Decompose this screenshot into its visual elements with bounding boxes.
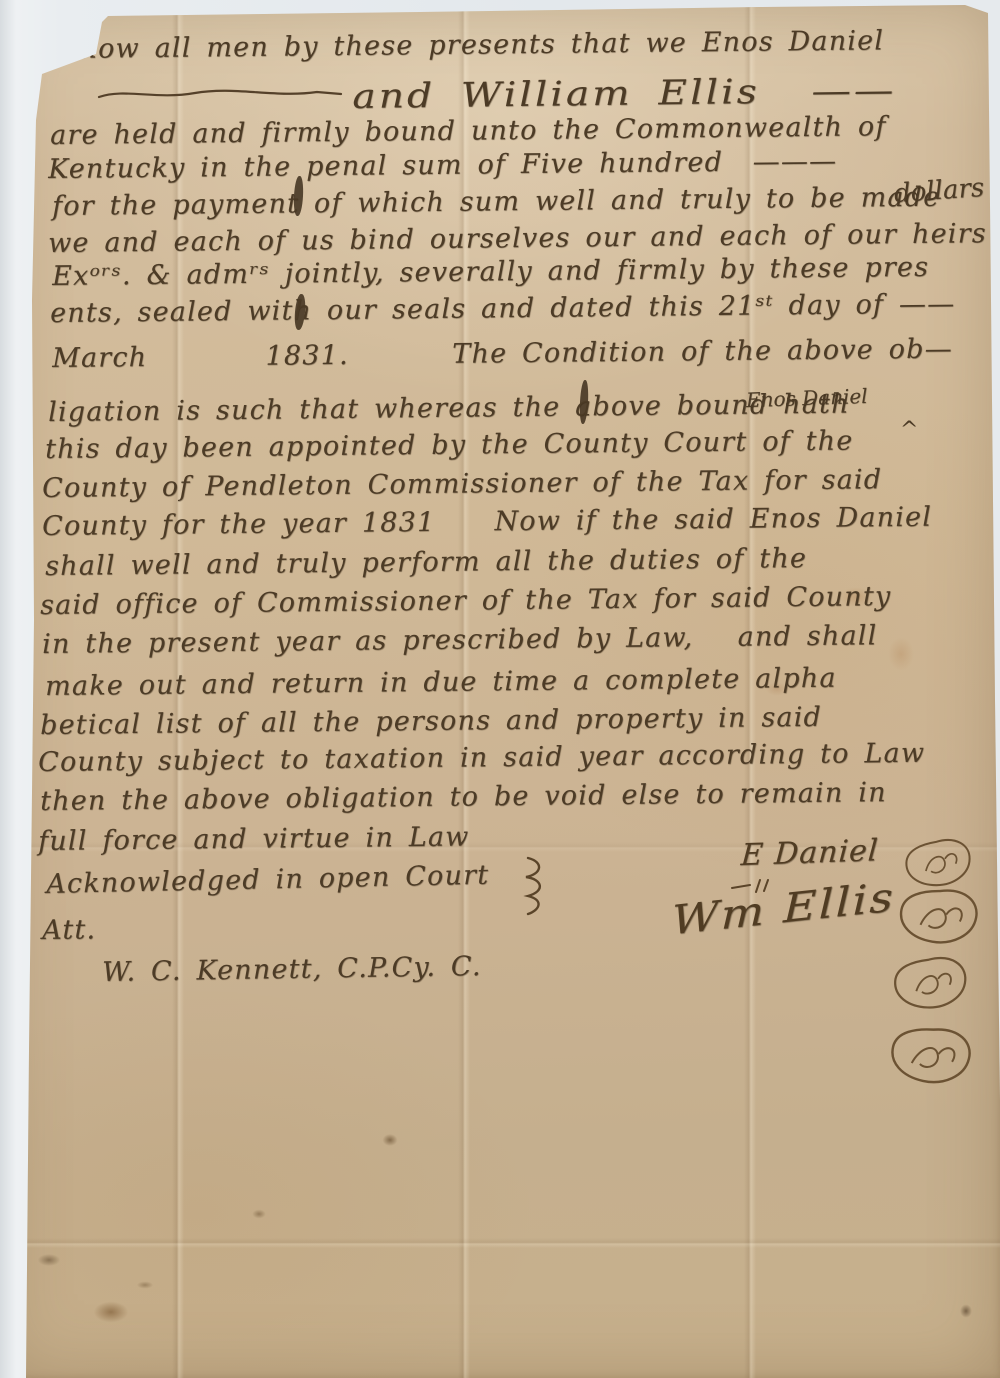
- manuscript-line: this day been appointed by the County Co…: [45, 428, 854, 463]
- seal-scribble-icon: [880, 1017, 980, 1098]
- manuscript-line: for the payment of which sum well and tr…: [52, 184, 941, 220]
- manuscript-line: then the above obligation to be void els…: [40, 779, 887, 815]
- stain: [250, 1208, 268, 1220]
- stain: [134, 1280, 156, 1290]
- stain: [88, 1298, 134, 1326]
- attestation-line: Att.: [42, 916, 96, 944]
- manuscript-line: ents, sealed with our seals and dated th…: [50, 291, 955, 327]
- manuscript-line: Kentucky in the penal sum of Five hundre…: [48, 148, 837, 183]
- manuscript-line: ligation is such that whereas the above …: [48, 391, 850, 426]
- manuscript-line: we and each of us bind ourselves our and…: [48, 220, 987, 257]
- stain: [34, 1252, 64, 1268]
- fold-crease-horizontal: [0, 1238, 1000, 1248]
- pen-flourish-line: [95, 84, 345, 108]
- manuscript-line: Exᵒʳˢ. & admʳˢ jointly, severally and fi…: [52, 254, 929, 290]
- seal-scribble-icon: [886, 948, 974, 1022]
- manuscript-line: County subject to taxation in said year …: [38, 740, 925, 776]
- court-flourish-icon: [506, 854, 558, 922]
- manuscript-line: County for the year 1831 Now if the said…: [42, 504, 932, 540]
- acknowledgement-line: Acknowledged in open Court: [46, 862, 490, 898]
- manuscript-line: March 1831. The Condition of the above o…: [52, 336, 953, 372]
- seal-scribble-icon: [890, 881, 987, 955]
- clerk-signature-line: W. C. Kennett, C.P.Cy. C.: [102, 953, 482, 986]
- manuscript-line: and William Ellis ——: [352, 73, 896, 114]
- manuscript-line: are held and firmly bound unto the Commo…: [50, 113, 887, 149]
- signature-william-ellis: Wm Ellis: [671, 877, 895, 941]
- stain: [884, 632, 918, 676]
- document-paper: Know all men by these presents that we E…: [0, 0, 1000, 1378]
- stain: [380, 1132, 400, 1148]
- insertion-caret: ^: [900, 418, 918, 443]
- manuscript-line: betical list of all the persons and prop…: [40, 704, 822, 739]
- manuscript-line: Know all men by these presents that we E…: [58, 27, 884, 63]
- photo-backdrop: Know all men by these presents that we E…: [0, 0, 1000, 1378]
- dollars-word: dollars: [893, 173, 985, 209]
- manuscript-line: said office of Commissioner of the Tax f…: [40, 583, 892, 619]
- signature-enos-daniel: E Daniel: [740, 836, 880, 871]
- stain: [958, 1302, 974, 1320]
- interlinear-insertion: Enos Daniel: [746, 384, 868, 412]
- manuscript-line: County of Pendleton Commissioner of the …: [42, 466, 882, 502]
- manuscript-line: full force and virtue in Law: [38, 823, 470, 855]
- manuscript-line: shall well and truly perform all the dut…: [45, 545, 807, 580]
- manuscript-line: make out and return in due time a comple…: [45, 665, 837, 700]
